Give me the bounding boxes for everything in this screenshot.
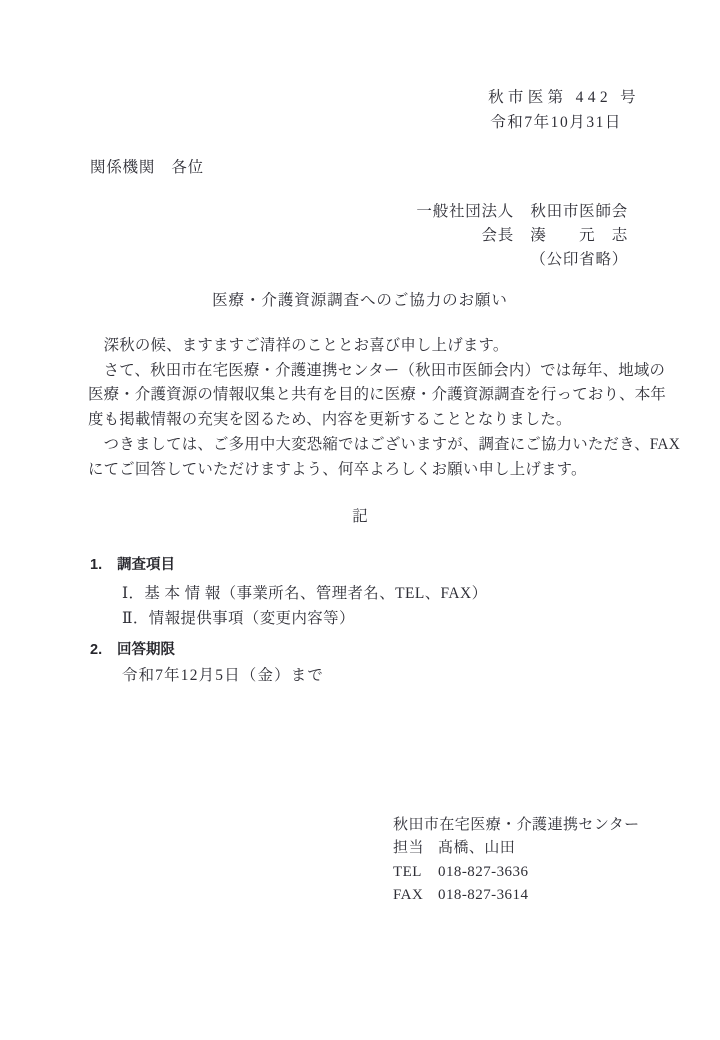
section-2-item-1: 令和7年12月5日（金）まで <box>122 663 324 688</box>
sender-block: 一般社団法人 秋田市医師会 会長 湊 元 志 （公印省略） <box>416 200 628 272</box>
body-line-3: 医療・介護資源の情報収集と共有を目的に医療・介護資源調査を行っており、本年 <box>88 383 648 408</box>
body-text: 深秋の候、ますますご清祥のこととお喜び申し上げます。 さて、秋田市在宅医療・介護… <box>88 334 648 482</box>
document-page: 秋市医第 442 号 令和7年10月31日 関係機関 各位 一般社団法人 秋田市… <box>0 0 720 1040</box>
section-1-items: Ⅰ．基 本 情 報（事業所名、管理者名、TEL、FAX） Ⅱ．情報提供事項（変更… <box>122 581 487 631</box>
footer-center-name-text: 秋田市在宅医療・介護連携センター <box>393 814 640 837</box>
footer-contact-block: 秋田市在宅医療・介護連携センター 担当 髙橋、山田 TEL 018-827-36… <box>393 814 640 907</box>
footer-tel-number: 018-827-3636 <box>438 861 528 884</box>
footer-contact-names: 髙橋、山田 <box>438 837 515 860</box>
footer-tel-row: TEL 018-827-3636 <box>393 861 640 884</box>
section-2-title: 回答期限 <box>117 640 175 661</box>
section-1-heading: 1. 調査項目 <box>90 555 175 576</box>
section-2-items: 令和7年12月5日（金）まで <box>122 663 324 688</box>
footer-fax-label: FAX <box>393 884 438 907</box>
footer-center-name: 秋田市在宅医療・介護連携センター <box>393 814 640 837</box>
section-2-number: 2. <box>90 640 117 661</box>
section-1-item-1: Ⅰ．基 本 情 報（事業所名、管理者名、TEL、FAX） <box>122 581 487 606</box>
footer-fax-row: FAX 018-827-3614 <box>393 884 640 907</box>
footer-contact-row: 担当 髙橋、山田 <box>393 837 640 860</box>
footer-contact-label: 担当 <box>393 837 438 860</box>
section-1-item-2: Ⅱ．情報提供事項（変更内容等） <box>122 606 487 631</box>
document-title: 医療・介護資源調査へのご協力のお願い <box>0 290 720 312</box>
record-marker: 記 <box>0 506 720 528</box>
doc-date: 令和7年10月31日 <box>490 113 622 133</box>
body-line-6: にてご回答していただけますよう、何卒よろしくお願い申し上げます。 <box>88 458 648 483</box>
sender-president: 会長 湊 元 志 <box>416 224 628 248</box>
body-line-2: さて、秋田市在宅医療・介護連携センター（秋田市医師会内）では毎年、地域の <box>88 359 648 384</box>
sender-seal-note: （公印省略） <box>416 248 628 272</box>
section-2-heading: 2. 回答期限 <box>90 640 175 661</box>
body-line-1: 深秋の候、ますますご清祥のこととお喜び申し上げます。 <box>88 334 648 359</box>
doc-number: 秋市医第 442 号 <box>488 88 640 108</box>
section-1-title: 調査項目 <box>117 555 175 576</box>
footer-tel-label: TEL <box>393 861 438 884</box>
section-1-number: 1. <box>90 555 117 576</box>
sender-organization: 一般社団法人 秋田市医師会 <box>416 200 628 224</box>
body-line-5: つきましては、ご多用中大変恐縮ではございますが、調査にご協力いただき、FAX <box>88 433 648 458</box>
addressee: 関係機関 各位 <box>90 157 204 179</box>
footer-fax-number: 018-827-3614 <box>438 884 528 907</box>
body-line-4: 度も掲載情報の充実を図るため、内容を更新することとなりました。 <box>88 408 648 433</box>
